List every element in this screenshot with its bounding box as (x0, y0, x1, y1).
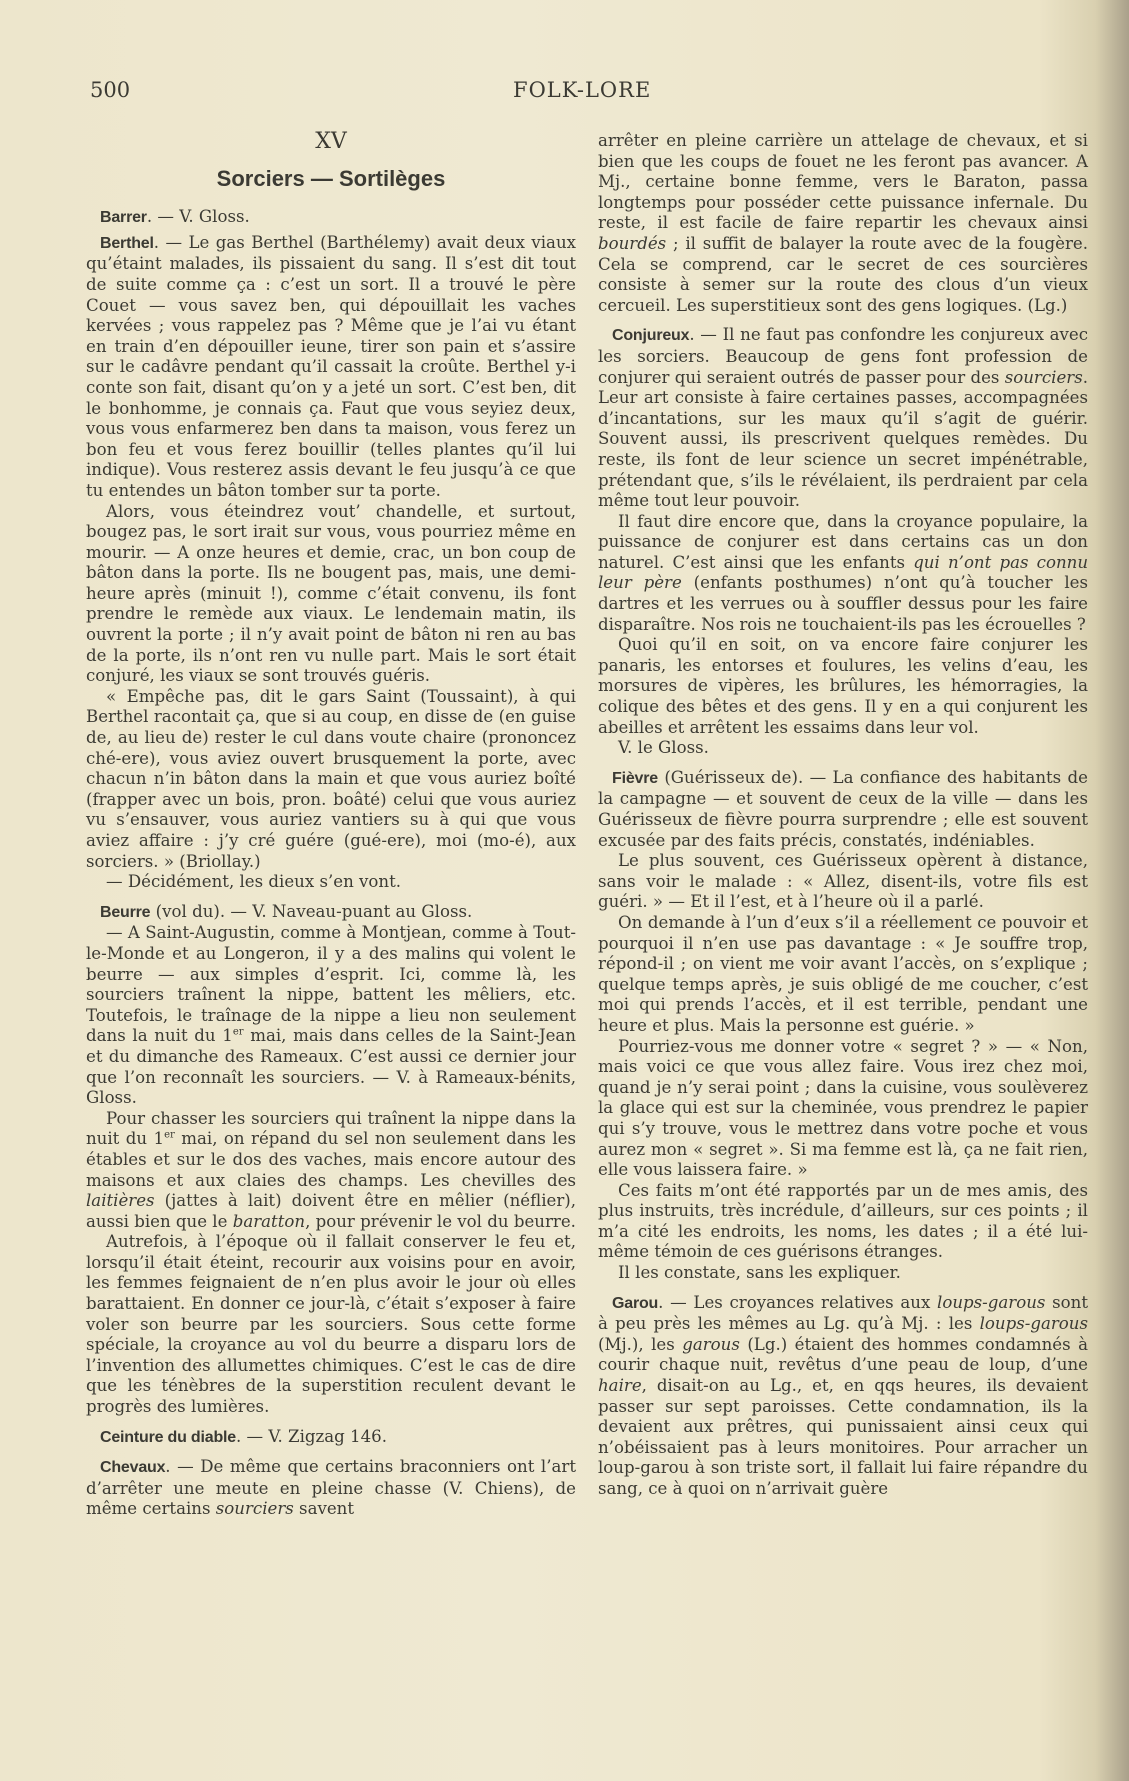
headword: Barrer (100, 209, 147, 226)
paragraph: « Empêche pas, dit le gars Saint (Toussa… (86, 687, 576, 872)
paragraph: Autrefois, à l’époque où il fallait cons… (86, 1232, 576, 1417)
paragraph: Il faut dire encore que, dans la croyanc… (598, 512, 1088, 636)
entry-garou: Garou. — Les croyances relatives aux lou… (598, 1293, 1088, 1500)
running-head: 500 FOLK-LORE (90, 78, 1069, 108)
left-column: XV Sorciers — Sortilèges Barrer. — V. Gl… (86, 128, 576, 1520)
paragraph: Pour chasser les sourciers qui traînent … (86, 1109, 576, 1233)
entry-ceinture-du-diable: Ceinture du diable. — V. Zigzag 146. (86, 1427, 576, 1449)
headword: Ceinture du diable (100, 1429, 236, 1446)
entry-chevaux: Chevaux. — De même que certains braconni… (86, 1457, 576, 1520)
headword: Fièvre (612, 770, 658, 787)
entry-beurre: Beurre (vol du). — V. Naveau-puant au Gl… (86, 902, 576, 924)
paragraph: Il les constate, sans les expliquer. (598, 1263, 1088, 1284)
paragraph: V. le Gloss. (598, 738, 1088, 759)
paragraph: — Décidément, les dieux s’en vont. (86, 872, 576, 893)
headword: Garou (612, 1295, 658, 1312)
entry-barrer: Barrer. — V. Gloss. (86, 207, 576, 229)
paragraph: Ces faits m’ont été rapportés par un de … (598, 1181, 1088, 1263)
paragraph: Quoi qu’il en soit, on va encore faire c… (598, 635, 1088, 738)
paragraph: Alors, vous éteindrez vout’ chandelle, e… (86, 502, 576, 687)
paragraph: Pourriez-vous me donner votre « segret ?… (598, 1037, 1088, 1181)
entry-chevaux-continued: arrêter en pleine carrière un attelage d… (598, 131, 1088, 316)
chapter-number: XV (86, 132, 576, 153)
right-column: arrêter en pleine carrière un attelage d… (598, 131, 1088, 1500)
headword: Chevaux (100, 1459, 165, 1476)
paragraph: Le plus souvent, ces Guérisseux opèrent … (598, 851, 1088, 913)
headword: Conjureux (612, 327, 689, 344)
paragraph: On demande à l’un d’eux s’il a réellemen… (598, 913, 1088, 1037)
entry-fievre: Fièvre (Guérisseux de). — La confiance d… (598, 768, 1088, 851)
paragraph: — A Saint-Augustin, comme à Montjean, co… (86, 923, 576, 1108)
headword: Beurre (100, 904, 150, 921)
headword: Berthel (100, 235, 154, 252)
page-number: 500 (90, 78, 130, 102)
running-title: FOLK-LORE (513, 78, 651, 102)
chapter-title: Sorciers — Sortilèges (86, 169, 576, 190)
entry-berthel: Berthel. — Le gas Berthel (Barthélemy) a… (86, 233, 576, 502)
entry-conjureux: Conjureux. — Il ne faut pas confondre le… (598, 325, 1088, 511)
